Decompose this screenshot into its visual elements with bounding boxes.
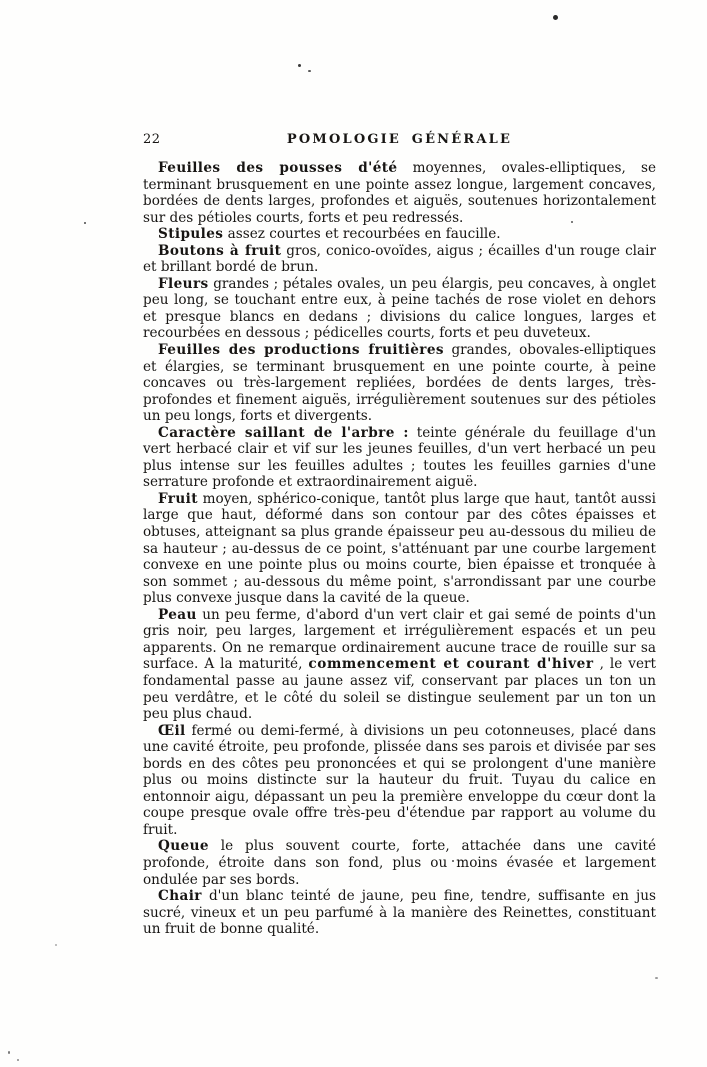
paragraph-feuilles-pousses: Feuilles des pousses d'été moyennes, ova… [143,160,656,226]
paragraph-text: assez courtes et recourbées en faucille. [223,226,500,242]
page-number: 22 [143,131,161,149]
paragraph-lead: Fleurs [158,276,209,292]
paragraph-fruit: Fruit moyen, sphérico-conique, tantôt pl… [143,491,656,607]
paragraph-stipules: Stipules assez courtes et recourbées en … [143,226,656,243]
paragraph-fleurs: Fleurs grandes ; pétales ovales, un peu … [143,276,656,342]
paragraph-lead: Stipules [158,226,223,242]
paragraph-text: d'un blanc teinté de jaune, peu fine, te… [143,888,656,937]
paragraph-oeil: Œil fermé ou demi-fermé, à divisions un … [143,723,656,839]
paragraph-chair: Chair d'un blanc teinté de jaune, peu fi… [143,888,656,938]
paragraph-feuilles-productions: Feuilles des productions fruitières gran… [143,342,656,425]
paragraph-queue: Queue le plus souvent courte, forte, att… [143,838,656,888]
ink-speck [298,64,301,67]
ink-speck [571,221,573,223]
ink-speck [655,977,658,979]
paragraph-lead: Caractère saillant de l'arbre : [158,425,409,441]
paragraph-lead: Feuilles des pousses d'été [158,160,397,176]
book-page: 22 POMOLOGIE GÉNÉRALE Feuilles des pouss… [0,0,707,1067]
paragraph-bold-inline: commencement et courant d'hiver [308,656,593,672]
ink-speck [347,416,349,418]
paragraph-text: moyen, sphérico-conique, tantôt plus lar… [143,491,656,606]
paragraph-peau: Peau un peu ferme, d'abord d'un vert cla… [143,607,656,723]
ink-speck [8,1051,10,1054]
ink-speck [452,860,454,862]
paragraph-boutons-a-fruit: Boutons à fruit gros, conico-ovoïdes, ai… [143,243,656,276]
paragraph-caractere-saillant: Caractère saillant de l'arbre : teinte g… [143,425,656,491]
ink-speck [553,15,558,20]
paragraph-lead: Boutons à fruit [158,243,281,259]
ink-speck [17,1059,19,1061]
page-header: 22 POMOLOGIE GÉNÉRALE [143,131,656,149]
paragraph-lead: Fruit [158,491,198,507]
ink-speck [55,944,57,946]
paragraph-lead: Feuilles des productions fruitières [158,342,444,358]
ink-speck [308,70,311,72]
paragraph-text: grandes ; pétales ovales, un peu élargis… [143,276,656,342]
running-title: POMOLOGIE GÉNÉRALE [143,131,656,149]
paragraph-text: fermé ou demi-fermé, à divisions un peu … [143,723,656,838]
paragraph-lead: Œil [158,723,186,739]
paragraph-lead: Chair [158,888,202,904]
page-body: Feuilles des pousses d'été moyennes, ova… [143,160,656,938]
paragraph-text: le plus souvent courte, forte, attachée … [143,838,656,887]
paragraph-lead: Queue [158,838,209,854]
paragraph-lead: Peau [158,607,197,623]
ink-speck [84,222,86,224]
